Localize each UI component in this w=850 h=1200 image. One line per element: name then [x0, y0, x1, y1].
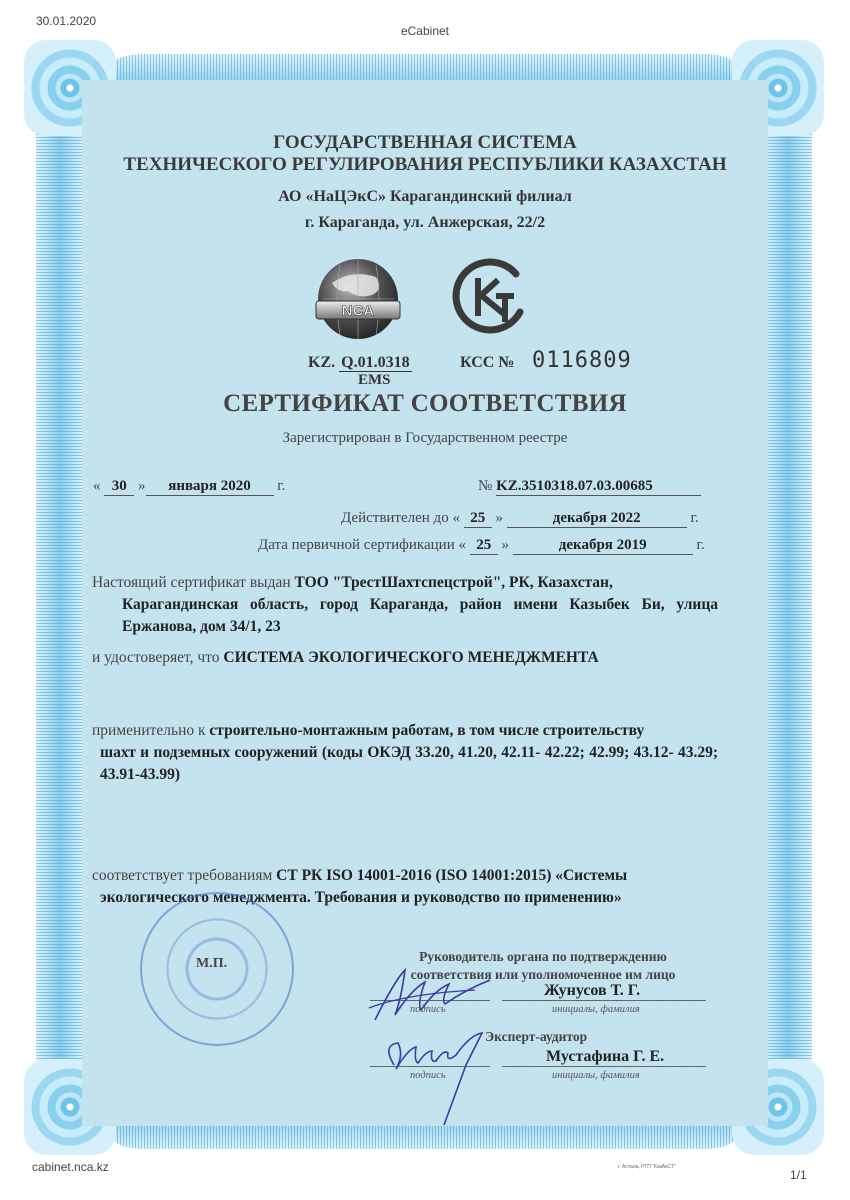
page-number: 1/1 [790, 1168, 807, 1182]
expert-name-line [502, 1066, 706, 1067]
certificate: ГОСУДАРСТВЕННАЯ СИСТЕМА ТЕХНИЧЕСКОГО РЕГ… [0, 0, 850, 1200]
first-certification-month-year: декабря 2019 [513, 537, 693, 555]
valid-until: Действителен до « 25 » декабря 2022 г. [341, 510, 699, 528]
registration-date: « 30 »января 2020 г. [93, 478, 285, 496]
first-certification-day: 25 [470, 537, 498, 555]
kst-conformity-mark-icon [448, 256, 530, 338]
header-system: ГОСУДАРСТВЕННАЯ СИСТЕМА ТЕХНИЧЕСКОГО РЕГ… [0, 132, 850, 176]
standard-reference: СТ РК ISO 14001-2016 (ISO 14001:2015) «С… [276, 867, 627, 884]
header-line-2: ТЕХНИЧЕСКОГО РЕГУЛИРОВАНИЯ РЕСПУБЛИКИ КА… [0, 154, 850, 176]
stamp-label: М.П. [196, 956, 227, 972]
registered-label: Зарегистрирован в Государственном реестр… [0, 430, 850, 447]
accreditation-scheme: EMS [358, 372, 391, 389]
valid-until-month-year: декабря 2022 [507, 510, 687, 528]
head-signature-icon [365, 960, 495, 1030]
scope-okved-codes: шахт и подземных сооружений (коды ОКЭД 3… [92, 742, 718, 786]
registration-number: № KZ.3510318.07.03.00685 [478, 478, 701, 496]
certificate-title: СЕРТИФИКАТ СООТВЕТСТВИЯ [0, 390, 850, 418]
expert-auditor-name: Мустафина Г. Е. [546, 1048, 664, 1066]
issued-to: Настоящий сертификат выдан ТОО "ТрестШах… [92, 572, 718, 638]
holder-name: ТОО "ТрестШахтспецстрой", РК, Казахстан, [295, 574, 613, 591]
printer-imprint: г. Астана, РГП "КазАкСТ" [618, 1164, 676, 1170]
registration-day: 30 [104, 478, 134, 496]
print-url: cabinet.nca.kz [32, 1160, 109, 1174]
head-signatory-name: Жунусов Т. Г. [544, 982, 640, 1000]
certified-subject: СИСТЕМА ЭКОЛОГИЧЕСКОГО МЕНЕДЖМЕНТА [223, 649, 598, 666]
certifies-statement: и удостоверяет, что СИСТЕМА ЭКОЛОГИЧЕСКО… [92, 647, 718, 669]
registration-month-year: января 2020 [146, 478, 274, 496]
accreditation-number: KZ. Q.01.0318 [308, 354, 412, 372]
issuer-address: г. Караганда, ул. Анжерская, 22/2 [0, 214, 850, 232]
header-line-1: ГОСУДАРСТВЕННАЯ СИСТЕМА [0, 132, 850, 154]
registration-number-value: KZ.3510318.07.03.00685 [496, 478, 701, 496]
expert-signature-icon [378, 1025, 498, 1135]
holder-address: Карагандинская область, город Караганда,… [92, 594, 718, 638]
scope-statement: применительно к строительно-монтажным ра… [92, 720, 718, 786]
svg-text:NCA: NCA [342, 303, 375, 320]
nca-globe-logo-icon: NCA [312, 255, 404, 347]
issuer-name: АО «НаЦЭкС» Карагандинский филиал [0, 188, 850, 206]
kss-label: КСС № [460, 354, 514, 372]
head-name-line [502, 1000, 706, 1001]
kss-number: 0116809 [532, 348, 632, 373]
expert-auditor-title: Эксперт-аудитор [485, 1029, 587, 1045]
first-certification-date: Дата первичной сертификации « 25 » декаб… [258, 537, 705, 555]
name-caption: инициалы, фамилия [552, 1004, 640, 1015]
valid-until-day: 25 [464, 510, 492, 528]
